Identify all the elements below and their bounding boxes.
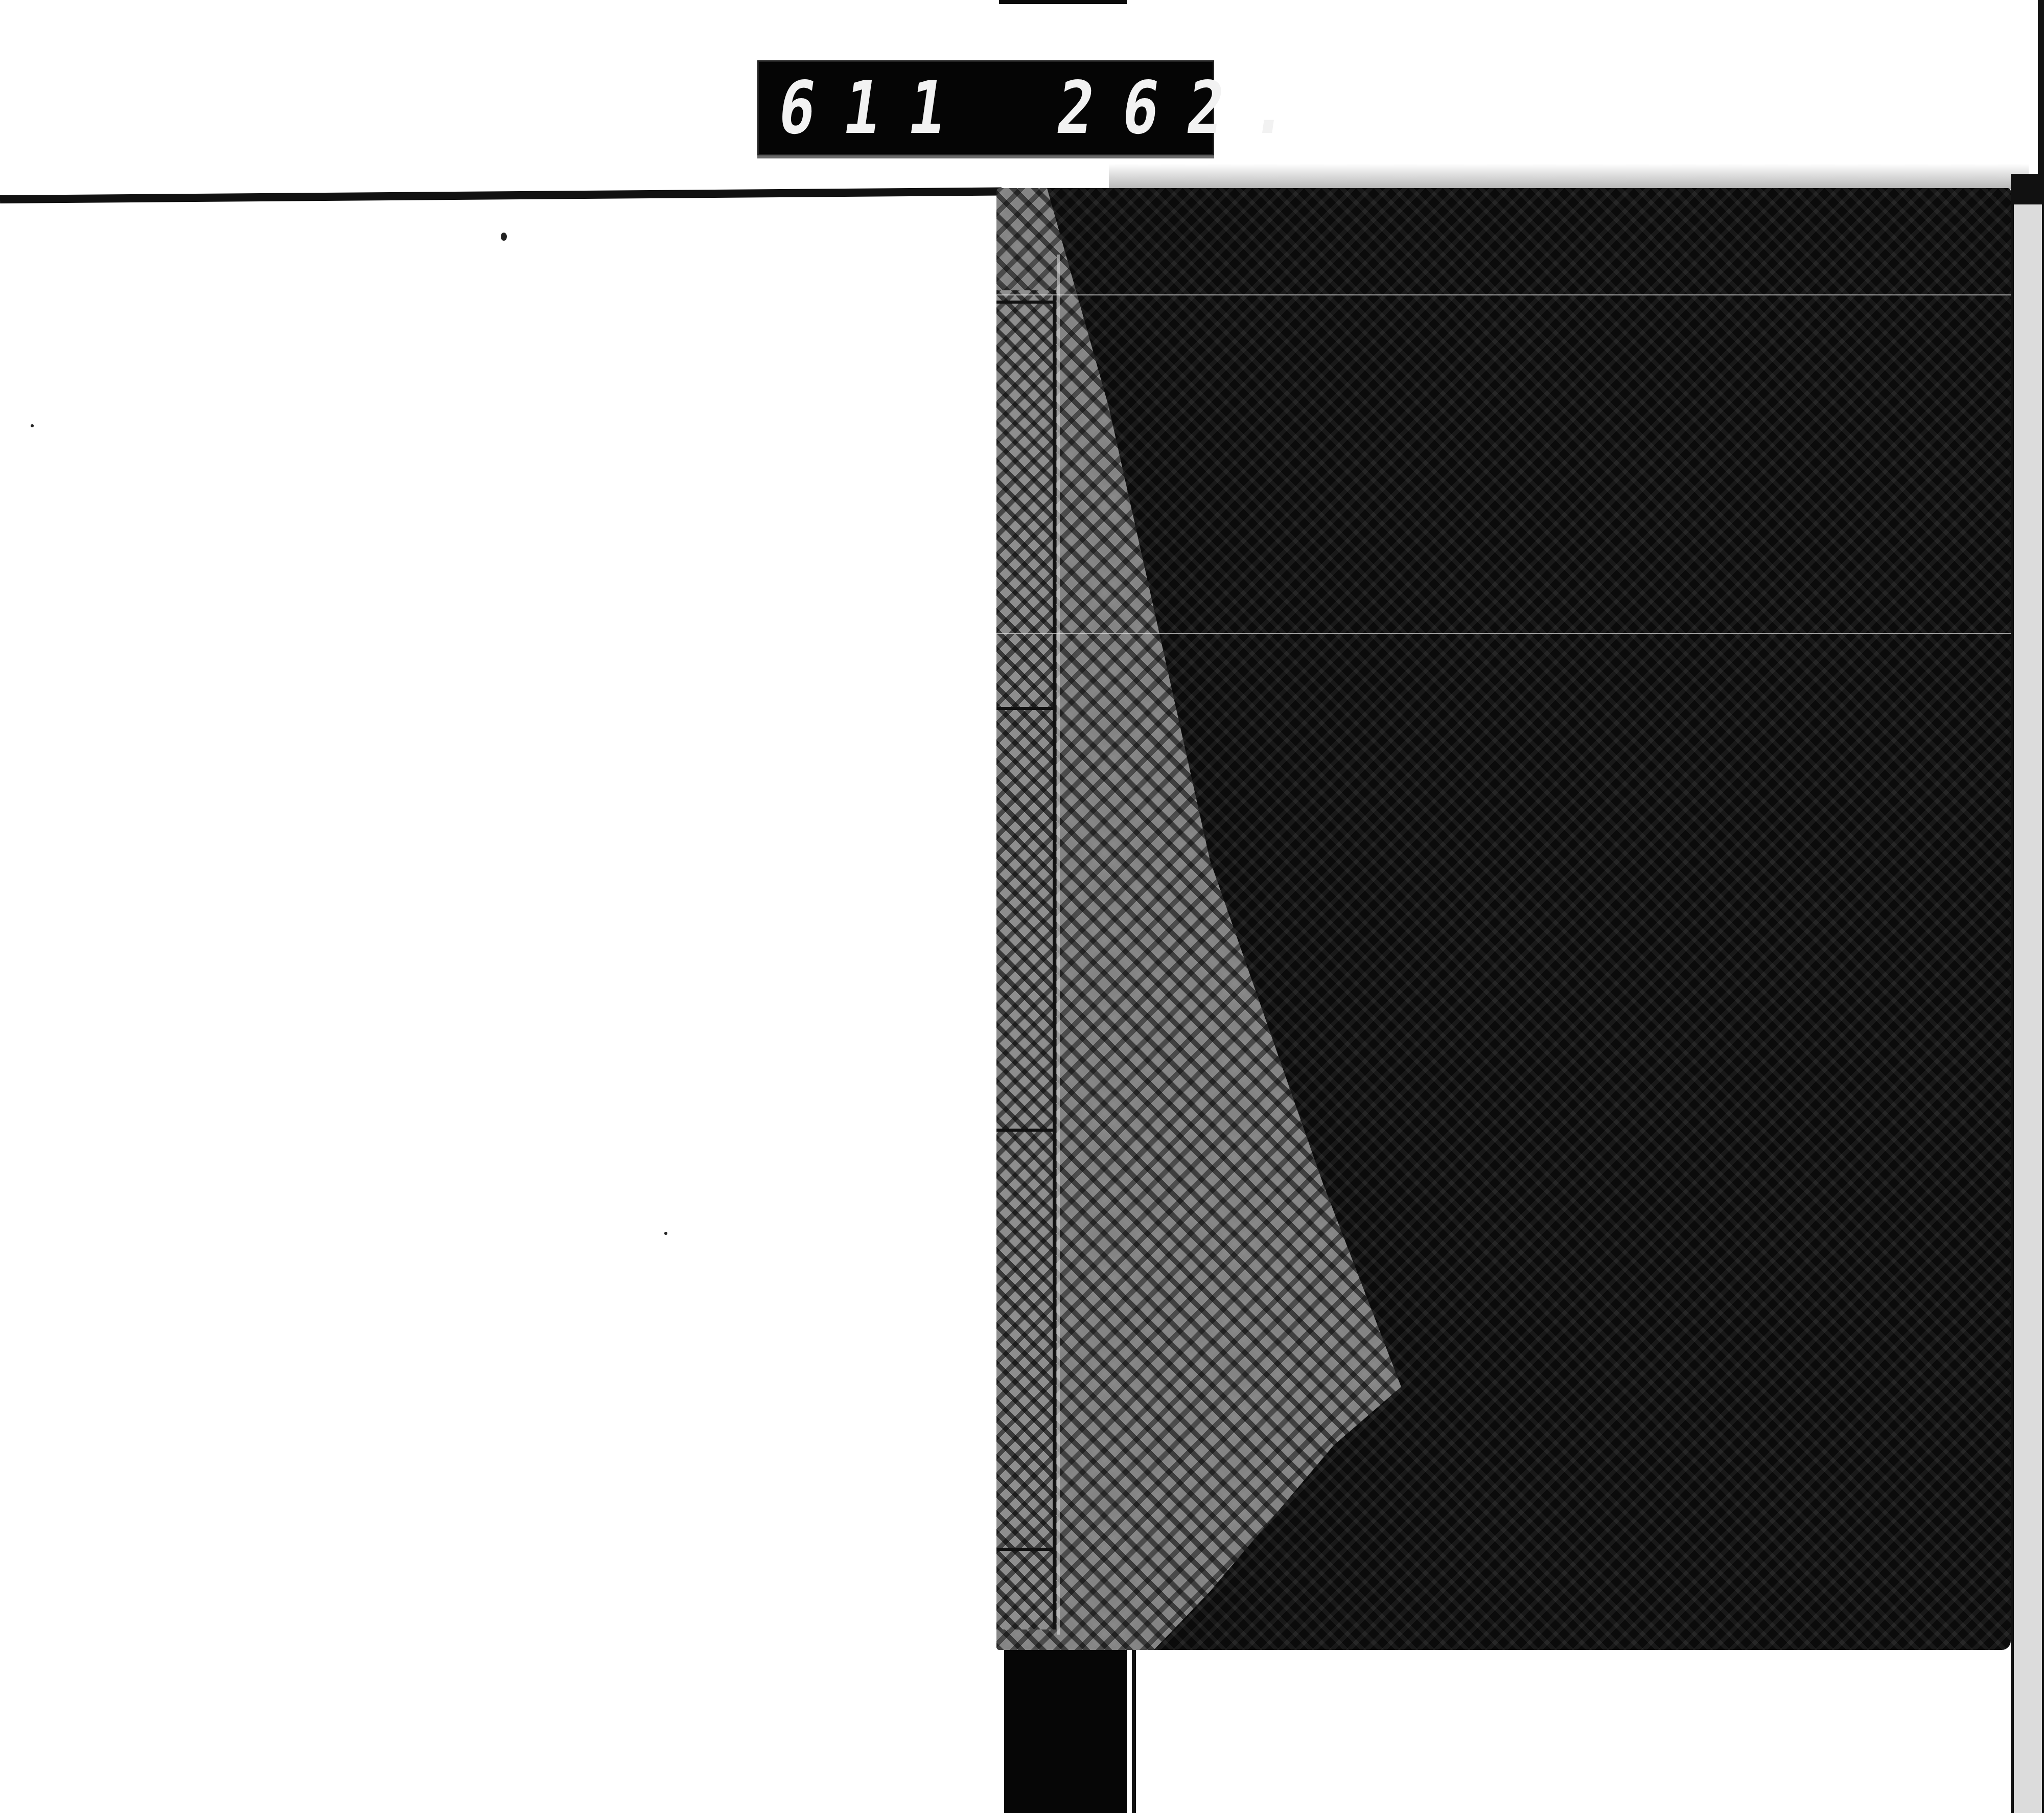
- spine-bottom-extension: [1004, 1650, 1132, 1813]
- cover-edge-corner: [2011, 174, 2044, 204]
- binding-thread: [1057, 255, 1060, 1635]
- counter-right-digits: 262.: [1052, 65, 1323, 150]
- scan-artifact-line: [996, 294, 2011, 295]
- spine-bottom-edge: [1132, 1650, 1136, 1813]
- counter-left-group: 611: [779, 62, 974, 154]
- film-border-line: [0, 188, 1002, 203]
- binding-stitch: [996, 301, 1053, 304]
- spine-binding-strip: [996, 290, 1056, 1630]
- binding-stitch: [996, 707, 1053, 710]
- counter-left-digits: 611: [773, 65, 980, 150]
- binding-stitch: [996, 1548, 1053, 1551]
- cover-top-shadow: [1109, 164, 2029, 189]
- dust-speck: [664, 1232, 667, 1235]
- counter-right-group: 262.: [1058, 62, 1317, 154]
- scan-artifact-line: [996, 633, 2011, 634]
- film-top-mark: [999, 0, 1127, 4]
- binding-stitch: [996, 1129, 1053, 1132]
- book-cover: [996, 188, 2011, 1650]
- page-edge-strip: [2011, 204, 2042, 1813]
- dust-speck: [31, 424, 34, 427]
- dust-speck: [501, 233, 507, 241]
- frame-counter-label: 611 262.: [757, 60, 1214, 155]
